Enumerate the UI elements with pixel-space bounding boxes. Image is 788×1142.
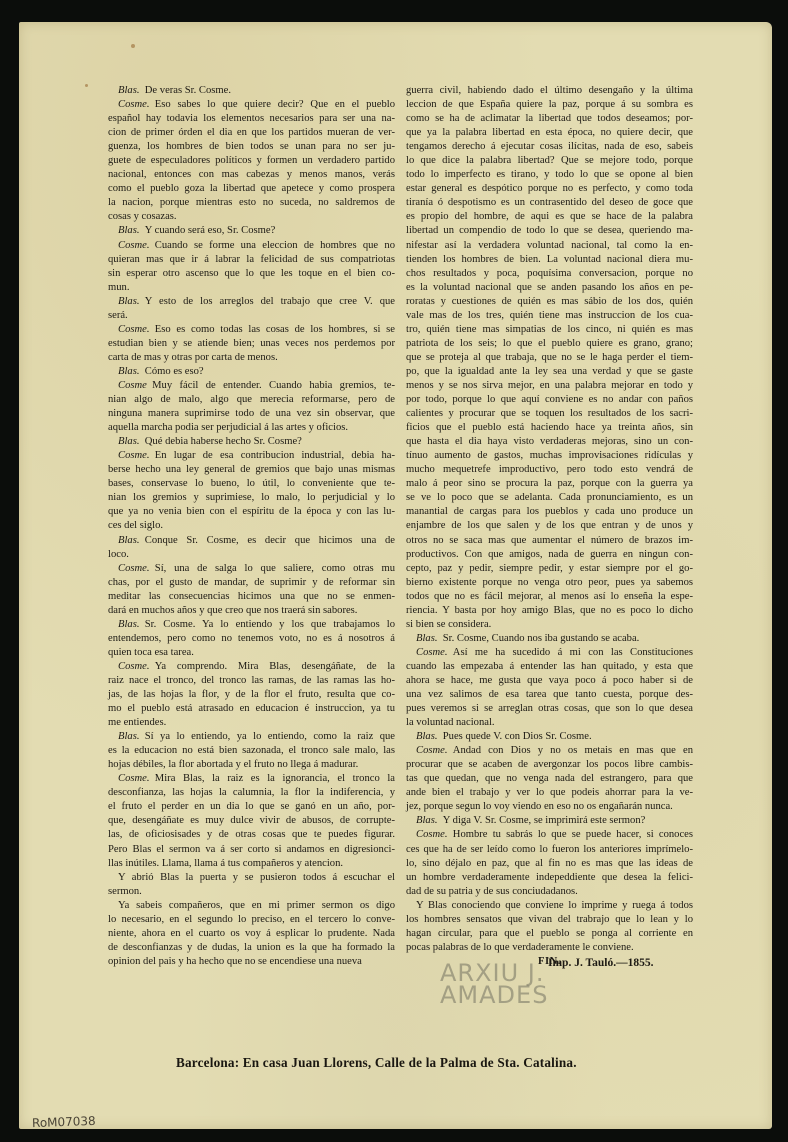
line-text: mun. bbox=[108, 282, 129, 293]
line-text: quieran mas que ir á labrar la felicidad… bbox=[108, 254, 395, 265]
line-text: español hay todavia los elementos necesa… bbox=[108, 113, 395, 124]
line-text: cepto, paz y pedir, siempre pedir, y est… bbox=[406, 563, 693, 574]
speaker-label: Blas. bbox=[416, 633, 437, 644]
line-text: lo, sino déjalo en paz, que al fin no es… bbox=[406, 858, 693, 869]
text-line: guete de especuladores políticos y forme… bbox=[108, 154, 395, 168]
line-text: nifestar así la verdadera voluntad nacio… bbox=[406, 240, 693, 251]
line-text: quien toca esa tarea. bbox=[108, 647, 194, 658]
line-text: cosas y cosazas. bbox=[108, 211, 177, 222]
text-line: me entiendes. bbox=[108, 716, 395, 730]
text-line: como se ha de aclimatar la libertad que … bbox=[406, 112, 693, 126]
line-text: De veras Sr. Cosme. bbox=[145, 85, 231, 96]
line-text: Y esto de los arreglos del trabajo que c… bbox=[145, 296, 395, 307]
text-line: Pero Blas el sermon va á ser corto si an… bbox=[108, 843, 395, 857]
text-line: Cosme. Cuando se forme una eleccion de h… bbox=[108, 239, 395, 253]
text-line: Cosme. Sí, una de salga lo que saliere, … bbox=[108, 562, 395, 576]
text-line: guerra civil, habiendo dado el último de… bbox=[406, 84, 693, 98]
speaker-label: Blas. bbox=[118, 366, 139, 377]
text-line: patriota de los seis; lo que el pueblo q… bbox=[406, 337, 693, 351]
speaker-label: Blas. bbox=[118, 619, 139, 630]
text-line: será. bbox=[108, 309, 395, 323]
text-line: Blas. Cómo es eso? bbox=[108, 365, 395, 379]
line-text: hagan circular, para que el pueblo se po… bbox=[406, 928, 693, 939]
line-text: un hombre verdaderamente indepeddiente q… bbox=[406, 872, 693, 883]
text-line: español hay todavia los elementos necesa… bbox=[108, 112, 395, 126]
line-text: menos y se nos sirva mejor, en una palab… bbox=[406, 380, 693, 391]
line-text: guete de especuladores políticos y forme… bbox=[108, 155, 395, 166]
line-text: desconfianza, las hojas la calumnia, la … bbox=[108, 787, 395, 798]
text-line: Blas. Y esto de los arreglos del trabajo… bbox=[108, 295, 395, 309]
text-line: nacional, entonces con mas cabezas y men… bbox=[108, 168, 395, 182]
text-line: dará en muchos años y que creo que nos t… bbox=[108, 604, 395, 618]
line-text: como se ha de aclimatar la libertad que … bbox=[406, 113, 693, 124]
line-text: las, de oficiosisades y de otras cosas q… bbox=[108, 829, 395, 840]
line-text: tínuo aumento de gastos, muchas improvis… bbox=[406, 450, 693, 461]
text-line: Ya sabeis compañeros, que en mi primer s… bbox=[108, 899, 395, 913]
line-text: Ya comprendo. Mira Blas, desengáñate, de… bbox=[155, 661, 395, 672]
line-text: ces que ha de ser leído como lo fueron l… bbox=[406, 844, 693, 855]
text-line: la voluntad nacional. bbox=[406, 716, 693, 730]
text-line: Y Blas conociendo que conviene lo imprim… bbox=[406, 899, 693, 913]
line-text: una vez salimos de esa tarea que tanto c… bbox=[406, 689, 693, 700]
text-line: se ve lo poco que se adelanta. Cada pron… bbox=[406, 491, 693, 505]
text-line: es propio del hombre, de aqui es que se … bbox=[406, 210, 693, 224]
text-line: estudian bien y se atiende bien; unas ve… bbox=[108, 337, 395, 351]
text-line: menos y se nos sirva mejor, en una palab… bbox=[406, 379, 693, 393]
text-line: que ya la palabra libertad en esta época… bbox=[406, 126, 693, 140]
text-line: tiranía ó despotismo es un contrasentido… bbox=[406, 196, 693, 210]
line-text: estar general es despótico porque no es … bbox=[406, 183, 693, 194]
left-column: Blas. De veras Sr. Cosme.Cosme. Eso sabe… bbox=[108, 84, 395, 969]
line-text: Hombre tu sabrás lo que se puede hacer, … bbox=[453, 829, 693, 840]
text-line: cosas y cosazas. bbox=[108, 210, 395, 224]
line-text: ande bien el trabajo y ver lo que podeis… bbox=[406, 787, 693, 798]
text-line: lo que dice la palabra libertad? Que se … bbox=[406, 154, 693, 168]
line-text: roratas y cuestiones de quién es mas sáb… bbox=[406, 296, 693, 307]
line-text: como el pueblo goza la libertad que apet… bbox=[108, 183, 395, 194]
line-text: Sí, una de salga lo que saliere, como ot… bbox=[155, 563, 395, 574]
text-line: pues veremos si se arreglan otras cosas,… bbox=[406, 702, 693, 716]
line-text: Y diga V. Sr. Cosme, se imprimirá este s… bbox=[443, 815, 646, 826]
text-line: vale mas de los tres, quién tiene mas in… bbox=[406, 309, 693, 323]
line-text: Qué debia haberse hecho Sr. Cosme? bbox=[145, 436, 302, 447]
line-text: Pues quede V. con Dios Sr. Cosme. bbox=[443, 731, 592, 742]
text-line: ahora se hace, me gusta que vaya poco á … bbox=[406, 674, 693, 688]
text-line: quieran mas que ir á labrar la felicidad… bbox=[108, 253, 395, 267]
text-line: Blas. Pues quede V. con Dios Sr. Cosme. bbox=[406, 730, 693, 744]
catalog-reference: RoM07038 bbox=[32, 1114, 96, 1130]
line-text: jez, porque segun lo voy viendo en eso n… bbox=[406, 801, 673, 812]
line-text: la voluntad nacional. bbox=[406, 717, 495, 728]
text-line: roratas y cuestiones de quién es mas sáb… bbox=[406, 295, 693, 309]
speaker-label: Cosme bbox=[118, 380, 147, 391]
line-text: ces del siglo. bbox=[108, 520, 163, 531]
text-line: enjambre de los que salen y de los que e… bbox=[406, 519, 693, 533]
text-line: Blas. Sr. Cosme, Cuando nos iba gustando… bbox=[406, 632, 693, 646]
line-text: dad de su patria y de sus conciudadanos. bbox=[406, 886, 578, 897]
text-line: hojas débiles, la flor abortada y el fru… bbox=[108, 758, 395, 772]
line-text: pocas palabras de lo que verdaderamente … bbox=[406, 942, 634, 953]
line-text: nian los gremios y suprimiese, lo malo, … bbox=[108, 492, 395, 503]
line-text: ahora se hace, me gusta que vaya poco á … bbox=[406, 675, 693, 686]
text-line: pocas palabras de lo que verdaderamente … bbox=[406, 941, 693, 955]
speaker-label: Cosme. bbox=[118, 450, 150, 461]
speaker-label: Cosme. bbox=[118, 563, 150, 574]
line-text: libertad un compendio de todo lo que se … bbox=[406, 225, 693, 236]
text-line: productivos. Con que amigos, nada de gue… bbox=[406, 548, 693, 562]
line-text: ninguna manera suprimirse todo de una ve… bbox=[108, 408, 395, 419]
line-text: que ya la palabra libertad en esta época… bbox=[406, 127, 693, 138]
text-line: niente, ahora en el cuarto os voy á espl… bbox=[108, 927, 395, 941]
speaker-label: Blas. bbox=[416, 731, 437, 742]
line-text: me entiendes. bbox=[108, 717, 166, 728]
line-text: Eso es como todas las cosas de los hombr… bbox=[155, 324, 395, 335]
text-line: por todo, porque lo que aquí conviene es… bbox=[406, 393, 693, 407]
line-text: Andad con Dios y no os metais en mas que… bbox=[453, 745, 693, 756]
line-text: jas, de las hojas la flor, y de la flor … bbox=[108, 689, 395, 700]
text-line: cion de primer órden el dia en que los p… bbox=[108, 126, 395, 140]
speaker-label: Cosme. bbox=[118, 661, 150, 672]
line-text: chos resultados y poca, poquísima conver… bbox=[406, 268, 693, 279]
text-line: Cosme. Así me ha sucedido á mi con las C… bbox=[406, 646, 693, 660]
text-line: bases, conservase lo bueno, lo útil, lo … bbox=[108, 477, 395, 491]
archive-stamp: ARXIU J. AMADES bbox=[440, 962, 548, 1006]
line-text: pues veremos si se arreglan otras cosas,… bbox=[406, 703, 693, 714]
text-line: calientes y procurar que se toquen los r… bbox=[406, 407, 693, 421]
line-text: Conque Sr. Cosme, es decir que hicimos u… bbox=[145, 535, 395, 546]
line-text: guenza, los hombres de bien todos se una… bbox=[108, 141, 395, 152]
text-line: ande bien el trabajo y ver lo que podeis… bbox=[406, 786, 693, 800]
text-line: mo el pueblo está atrasado en educacion … bbox=[108, 702, 395, 716]
line-text: Mira Blas, la raiz es la ignorancia, el … bbox=[155, 773, 395, 784]
line-text: meditar las consecuencias hicimos una qu… bbox=[108, 591, 395, 602]
line-text: opinion del pais y ha hecho que no se en… bbox=[108, 956, 362, 967]
text-line: lo necesario, en el segundo lo preciso, … bbox=[108, 913, 395, 927]
line-text: otros no se saca mas que aumentar el núm… bbox=[406, 535, 693, 546]
text-line: Cosme. Hombre tu sabrás lo que se puede … bbox=[406, 828, 693, 842]
text-line: tas que quedan, que no venga nada del es… bbox=[406, 772, 693, 786]
text-line: todo lo imperfecto es tirano, y todo lo … bbox=[406, 168, 693, 182]
text-line: otros no se saca mas que aumentar el núm… bbox=[406, 534, 693, 548]
line-text: berse hecho una ley general de gremios q… bbox=[108, 464, 395, 475]
line-text: por todo, porque lo que aquí conviene es… bbox=[406, 394, 693, 405]
line-text: tro, quién tiene mas simpatias de los ci… bbox=[406, 324, 693, 335]
text-line: procurar que se acaben de avergonzar los… bbox=[406, 758, 693, 772]
line-text: Y abrió Blas la puerta y se pusieron tod… bbox=[118, 872, 395, 883]
text-line: que, desengáñate es muy dulce vivir de a… bbox=[108, 814, 395, 828]
line-text: tiranía ó despotismo es un contrasentido… bbox=[406, 197, 693, 208]
text-line: nian los gremios y suprimiese, lo malo, … bbox=[108, 491, 395, 505]
line-text: carta de mas y otras por carta de menos. bbox=[108, 352, 278, 363]
line-text: aquella marcha podia ser perjudicial á l… bbox=[108, 422, 348, 433]
text-line: riencia. Y basta por hoy amigo Blas, que… bbox=[406, 604, 693, 618]
speaker-label: Blas. bbox=[118, 535, 139, 546]
line-text: nian algo de malo, algo que merecia refo… bbox=[108, 394, 395, 405]
printer-imprint: Imp. J. Tauló.—1855. bbox=[548, 957, 653, 969]
line-text: tienden los hombres de bien. La voluntad… bbox=[406, 254, 693, 265]
line-text: Sr. Cosme. Ya lo entiendo y los que trab… bbox=[145, 619, 395, 630]
line-text: Eso sabes lo que quiere decir? Que en el… bbox=[155, 99, 395, 110]
text-line: si bien se considera. bbox=[406, 618, 693, 632]
line-text: po, que la igualdad ante la ley sea una … bbox=[406, 366, 693, 377]
line-text: la nacion, porque mientras esto no suced… bbox=[108, 197, 395, 208]
line-text: lo necesario, en el segundo lo preciso, … bbox=[108, 914, 395, 925]
text-line: manantial de cargas para los pueblos y c… bbox=[406, 505, 693, 519]
line-text: dará en muchos años y que creo que nos t… bbox=[108, 605, 357, 616]
speaker-label: Cosme. bbox=[118, 240, 150, 251]
stamp-line-2: AMADES bbox=[440, 984, 548, 1006]
text-line: tienden los hombres de bien. La voluntad… bbox=[406, 253, 693, 267]
text-line: tínuo aumento de gastos, muchas improvis… bbox=[406, 449, 693, 463]
line-text: Cuando se forme una eleccion de hombres … bbox=[155, 240, 395, 251]
text-line: Cosme. Eso sabes lo que quiere decir? Qu… bbox=[108, 98, 395, 112]
line-text: tas que quedan, que no venga nada del es… bbox=[406, 773, 693, 784]
line-text: bierno existente porque no venga otro pe… bbox=[406, 577, 693, 588]
text-line: Blas. Sí ya lo entiendo, ya lo entiendo,… bbox=[108, 730, 395, 744]
line-text: Ya sabeis compañeros, que en mi primer s… bbox=[118, 900, 395, 911]
line-text: de desconfianzas y de dudas, la union es… bbox=[108, 942, 395, 953]
line-text: Sr. Cosme, Cuando nos iba gustando se ac… bbox=[443, 633, 640, 644]
line-text: lo que dice la palabra libertad? Que se … bbox=[406, 155, 693, 166]
line-text: enjambre de los que salen y de los que e… bbox=[406, 520, 693, 531]
line-text: cion de primer órden el dia en que los p… bbox=[108, 127, 395, 138]
text-line: meditar las consecuencias hicimos una qu… bbox=[108, 590, 395, 604]
text-line: es la educacion no está bien sazonada, e… bbox=[108, 744, 395, 758]
text-line: los hombres sensatos que vivan del trabr… bbox=[406, 913, 693, 927]
text-line: quien toca esa tarea. bbox=[108, 646, 395, 660]
text-line: que hasta el dia haya visto verdaderas m… bbox=[406, 435, 693, 449]
line-text: el fruto el perder en un dia lo que se g… bbox=[108, 801, 395, 812]
text-line: un hombre verdaderamente indepeddiente q… bbox=[406, 871, 693, 885]
line-text: si bien se considera. bbox=[406, 619, 491, 630]
line-text: todos que no es fácil mejorar, al menos … bbox=[406, 591, 693, 602]
text-line: Blas. Conque Sr. Cosme, es decir que hic… bbox=[108, 534, 395, 548]
line-text: Así me ha sucedido á mi con las Constitu… bbox=[453, 647, 693, 658]
text-line: berse hecho una ley general de gremios q… bbox=[108, 463, 395, 477]
text-line: Blas. De veras Sr. Cosme. bbox=[108, 84, 395, 98]
speaker-label: Cosme. bbox=[416, 647, 448, 658]
line-text: Y Blas conociendo que conviene lo imprim… bbox=[416, 900, 693, 911]
line-text: cuando las empezaba á entender las han q… bbox=[406, 661, 693, 672]
text-line: de desconfianzas y de dudas, la union es… bbox=[108, 941, 395, 955]
text-line: dad de su patria y de sus conciudadanos. bbox=[406, 885, 693, 899]
text-line: como el pueblo goza la libertad que apet… bbox=[108, 182, 395, 196]
line-text: nacional, entonces con mas cabezas y men… bbox=[108, 169, 395, 180]
text-line: Cosme. Ya comprendo. Mira Blas, desengáñ… bbox=[108, 660, 395, 674]
text-line: guenza, los hombres de bien todos se una… bbox=[108, 140, 395, 154]
text-line: Blas. Qué debia haberse hecho Sr. Cosme? bbox=[108, 435, 395, 449]
text-line: tengamos derecho á ejecutar cosas ilícit… bbox=[406, 140, 693, 154]
line-text: que se proteja al que trabaja, que no se… bbox=[406, 352, 693, 363]
line-text: riencia. Y basta por hoy amigo Blas, que… bbox=[406, 605, 693, 616]
text-line: ninguna manera suprimirse todo de una ve… bbox=[108, 407, 395, 421]
text-line: malo á peor sino se procura la paz, porq… bbox=[406, 477, 693, 491]
text-line: la nacion, porque mientras esto no suced… bbox=[108, 196, 395, 210]
text-line: todos que no es fácil mejorar, al menos … bbox=[406, 590, 693, 604]
line-text: tengamos derecho á ejecutar cosas ilícit… bbox=[406, 141, 693, 152]
line-text: Pero Blas el sermon va á ser corto si an… bbox=[108, 844, 395, 855]
text-line: aquella marcha podia ser perjudicial á l… bbox=[108, 421, 395, 435]
line-text: estudian bien y se atiende bien; unas ve… bbox=[108, 338, 395, 349]
text-line: Cosme. En lugar de esa contribucion indu… bbox=[108, 449, 395, 463]
text-line: una vez salimos de esa tarea que tanto c… bbox=[406, 688, 693, 702]
line-text: ficios que el pueblo está haciendo hace … bbox=[406, 422, 693, 433]
line-text: que, desengáñate es muy dulce vivir de a… bbox=[108, 815, 395, 826]
line-text: niente, ahora en el cuarto os voy á espl… bbox=[108, 928, 395, 939]
right-column: guerra civil, habiendo dado el último de… bbox=[406, 84, 693, 969]
line-text: loco. bbox=[108, 549, 129, 560]
line-text: Cómo es eso? bbox=[145, 366, 204, 377]
text-line: carta de mas y otras por carta de menos. bbox=[108, 351, 395, 365]
line-text: procurar que se acaben de avergonzar los… bbox=[406, 759, 693, 770]
line-text: mo el pueblo está atrasado en educacion … bbox=[108, 703, 395, 714]
line-text: raiz nace el tronco, del tronco las rama… bbox=[108, 675, 395, 686]
speaker-label: Blas. bbox=[118, 731, 139, 742]
line-text: que ya no venia bien con el espíritu de … bbox=[108, 506, 395, 517]
text-line: Blas. Y diga V. Sr. Cosme, se imprimirá … bbox=[406, 814, 693, 828]
text-line: bierno existente porque no venga otro pe… bbox=[406, 576, 693, 590]
speaker-label: Blas. bbox=[118, 225, 139, 236]
line-text: todo lo imperfecto es tirano, y todo lo … bbox=[406, 169, 693, 180]
line-text: mucho mequetrefe improductivo, pero todo… bbox=[406, 464, 693, 475]
speaker-label: Cosme. bbox=[118, 773, 150, 784]
text-line: ces del siglo. bbox=[108, 519, 395, 533]
line-text: guerra civil, habiendo dado el último de… bbox=[406, 85, 693, 96]
text-line: desconfianza, las hojas la calumnia, la … bbox=[108, 786, 395, 800]
speaker-label: Blas. bbox=[118, 436, 139, 447]
line-text: manantial de cargas para los pueblos y c… bbox=[406, 506, 693, 517]
line-text: patriota de los seis; lo que el pueblo q… bbox=[406, 338, 693, 349]
line-text: productivos. Con que amigos, nada de gue… bbox=[406, 549, 693, 560]
text-line: tro, quién tiene mas simpatias de los ci… bbox=[406, 323, 693, 337]
text-line: po, que la igualdad ante la ley sea una … bbox=[406, 365, 693, 379]
speaker-label: Blas. bbox=[416, 815, 437, 826]
speaker-label: Cosme. bbox=[118, 99, 150, 110]
text-line: que se proteja al que trabaja, que no se… bbox=[406, 351, 693, 365]
text-line: las, de oficiosisades y de otras cosas q… bbox=[108, 828, 395, 842]
line-text: leccion de que España quiere la paz, por… bbox=[406, 99, 693, 110]
text-line: cepto, paz y pedir, siempre pedir, y est… bbox=[406, 562, 693, 576]
text-line: opinion del pais y ha hecho que no se en… bbox=[108, 955, 395, 969]
text-line: sin esperar otro ascenso que lo que les … bbox=[108, 267, 395, 281]
text-line: el fruto el perder en un dia lo que se g… bbox=[108, 800, 395, 814]
line-text: Muy fácil de entender. Cuando habia grem… bbox=[152, 380, 395, 391]
line-text: entendemos, pero como no tenemos voto, n… bbox=[108, 633, 395, 644]
text-line: libertad un compendio de todo lo que se … bbox=[406, 224, 693, 238]
line-text: sin esperar otro ascenso que lo que les … bbox=[108, 268, 395, 279]
text-line: nian algo de malo, algo que merecia refo… bbox=[108, 393, 395, 407]
line-text: es la voluntad nacional que se anden pas… bbox=[406, 282, 693, 293]
text-line: estar general es despótico porque no es … bbox=[406, 182, 693, 196]
text-line: jas, de las hojas la flor, y de la flor … bbox=[108, 688, 395, 702]
publisher-footer: Barcelona: En casa Juan Llorens, Calle d… bbox=[176, 1055, 577, 1071]
line-text: es la educacion no está bien sazonada, e… bbox=[108, 745, 395, 756]
line-text: malo á peor sino se procura la paz, porq… bbox=[406, 478, 693, 489]
text-line: chas, por el gusto de mandar, de suprimi… bbox=[108, 576, 395, 590]
paper-stain bbox=[131, 44, 135, 48]
text-line: Blas. Sr. Cosme. Ya lo entiendo y los qu… bbox=[108, 618, 395, 632]
text-line: es la voluntad nacional que se anden pas… bbox=[406, 281, 693, 295]
line-text: calientes y procurar que se toquen los r… bbox=[406, 408, 693, 419]
paper-stain bbox=[85, 84, 88, 87]
text-line: Y abrió Blas la puerta y se pusieron tod… bbox=[108, 871, 395, 885]
text-line: raiz nace el tronco, del tronco las rama… bbox=[108, 674, 395, 688]
text-line: leccion de que España quiere la paz, por… bbox=[406, 98, 693, 112]
text-line: chos resultados y poca, poquísima conver… bbox=[406, 267, 693, 281]
line-text: chas, por el gusto de mandar, de suprimi… bbox=[108, 577, 395, 588]
speaker-label: Cosme. bbox=[416, 745, 448, 756]
line-text: bases, conservase lo bueno, lo útil, lo … bbox=[108, 478, 395, 489]
text-line: entendemos, pero como no tenemos voto, n… bbox=[108, 632, 395, 646]
speaker-label: Cosme. bbox=[416, 829, 448, 840]
line-text: es propio del hombre, de aqui es que se … bbox=[406, 211, 693, 222]
line-text: En lugar de esa contribucion industrial,… bbox=[155, 450, 395, 461]
text-line: Cosme. Andad con Dios y no os metais en … bbox=[406, 744, 693, 758]
text-line: Cosme. Mira Blas, la raiz es la ignoranc… bbox=[108, 772, 395, 786]
text-line: que ya no venia bien con el espíritu de … bbox=[108, 505, 395, 519]
line-text: sermon. bbox=[108, 886, 142, 897]
line-text: Sí ya lo entiendo, ya lo entiendo, como … bbox=[145, 731, 395, 742]
line-text: Y cuando será eso, Sr. Cosme? bbox=[145, 225, 276, 236]
text-line: nifestar así la verdadera voluntad nacio… bbox=[406, 239, 693, 253]
text-line: jez, porque segun lo voy viendo en eso n… bbox=[406, 800, 693, 814]
speaker-label: Blas. bbox=[118, 85, 139, 96]
line-text: se ve lo poco que se adelanta. Cada pron… bbox=[406, 492, 693, 503]
text-line: llas inútiles. Llama, llama á tus compañ… bbox=[108, 857, 395, 871]
speaker-label: Cosme. bbox=[118, 324, 150, 335]
line-text: será. bbox=[108, 310, 128, 321]
text-line: hagan circular, para que el pueblo se po… bbox=[406, 927, 693, 941]
text-line: sermon. bbox=[108, 885, 395, 899]
text-line: loco. bbox=[108, 548, 395, 562]
line-text: los hombres sensatos que vivan del trabr… bbox=[406, 914, 693, 925]
text-line: ficios que el pueblo está haciendo hace … bbox=[406, 421, 693, 435]
speaker-label: Blas. bbox=[118, 296, 139, 307]
text-line: mun. bbox=[108, 281, 395, 295]
text-line: Cosme. Eso es como todas las cosas de lo… bbox=[108, 323, 395, 337]
line-text: hojas débiles, la flor abortada y el fru… bbox=[108, 759, 358, 770]
text-line: lo, sino déjalo en paz, que al fin no es… bbox=[406, 857, 693, 871]
line-text: llas inútiles. Llama, llama á tus compañ… bbox=[108, 858, 343, 869]
line-text: que hasta el dia haya visto verdaderas m… bbox=[406, 436, 693, 447]
text-line: Cosme Muy fácil de entender. Cuando habi… bbox=[108, 379, 395, 393]
text-line: mucho mequetrefe improductivo, pero todo… bbox=[406, 463, 693, 477]
text-line: ces que ha de ser leído como lo fueron l… bbox=[406, 843, 693, 857]
text-line: Blas. Y cuando será eso, Sr. Cosme? bbox=[108, 224, 395, 238]
text-line: cuando las empezaba á entender las han q… bbox=[406, 660, 693, 674]
line-text: vale mas de los tres, quién tiene mas in… bbox=[406, 310, 693, 321]
